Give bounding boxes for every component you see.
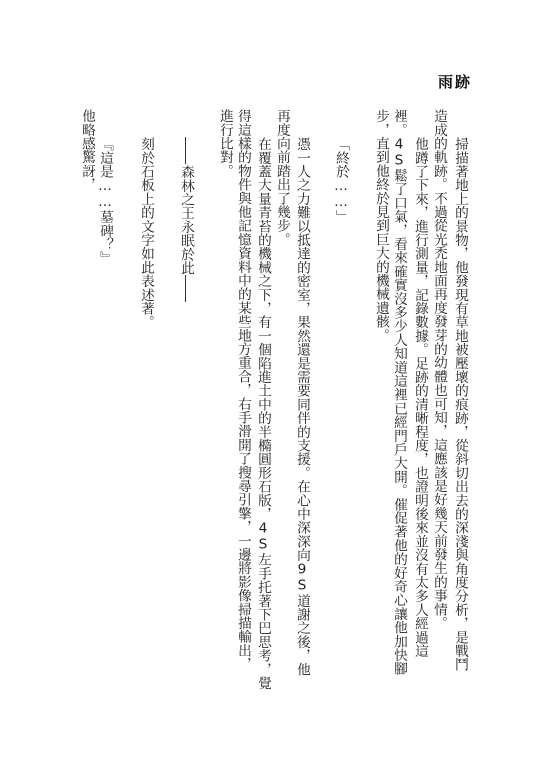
dialogue-column-finally: 「終於……」 [333, 137, 349, 224]
em-dash-bottom [178, 275, 194, 303]
inscription-text: 森林之王永眠於此 [178, 165, 194, 275]
text-column-3: 他蹲了下來，進行測量，記錄數據。足跡的清晰程度，也證明後來並沒有太多人經過這 [412, 137, 428, 658]
book-page: 雨跡 掃描著地上的景物，他發現有草地被壓壞的痕跡，從斜切出去的深淺與角度分析，是… [0, 0, 544, 764]
text-column-7: 憑一人之力難以抵達的密室，果然還是需要同伴的支援。在心中深深向9S道謝之後，他 [294, 137, 310, 676]
text-column-5: 步，直到他終於見到巨大的機械遺骸。 [373, 109, 389, 342]
text-column-11: 進行比對。 [217, 109, 233, 178]
text-column-9: 在覆蓋大量青苔的機械之下，有一個陷進土中的半橢圓形石版，4S左手托著下巴思考，覺 [255, 137, 271, 690]
text-column-4: 裡。4S鬆了口氣，看來確實沒多少人知道這裡已經門戶大開。催促著他的好奇心讓他加快… [391, 109, 407, 675]
chapter-title: 雨跡 [438, 71, 472, 92]
text-column-1: 掃描著地上的景物，他發現有草地被壓壞的痕跡，從斜切出去的深淺與角度分析，是戰鬥 [452, 137, 468, 671]
text-column-10: 得這樣的物件與他記憶資料中的某些地方重合，右手滑開了搜尋引擎，一邊將影像掃描輸出… [235, 109, 251, 671]
text-column-13: 刻於石板上的文字如此表述著。 [138, 137, 154, 329]
inscription-column: 森林之王永眠於此 [178, 137, 194, 303]
em-dash-top [178, 137, 194, 165]
text-column-8: 再度向前踏出了幾步。 [274, 109, 290, 246]
text-column-2: 造成的軌跡。不過從光禿地面再度發芽的幼體也可知，這應該是好幾天前發生的事情。 [431, 109, 447, 630]
dialogue-column-tombstone: 『這是……墓碑？』 [97, 137, 113, 265]
text-column-15: 他略感驚訝， [79, 109, 95, 191]
